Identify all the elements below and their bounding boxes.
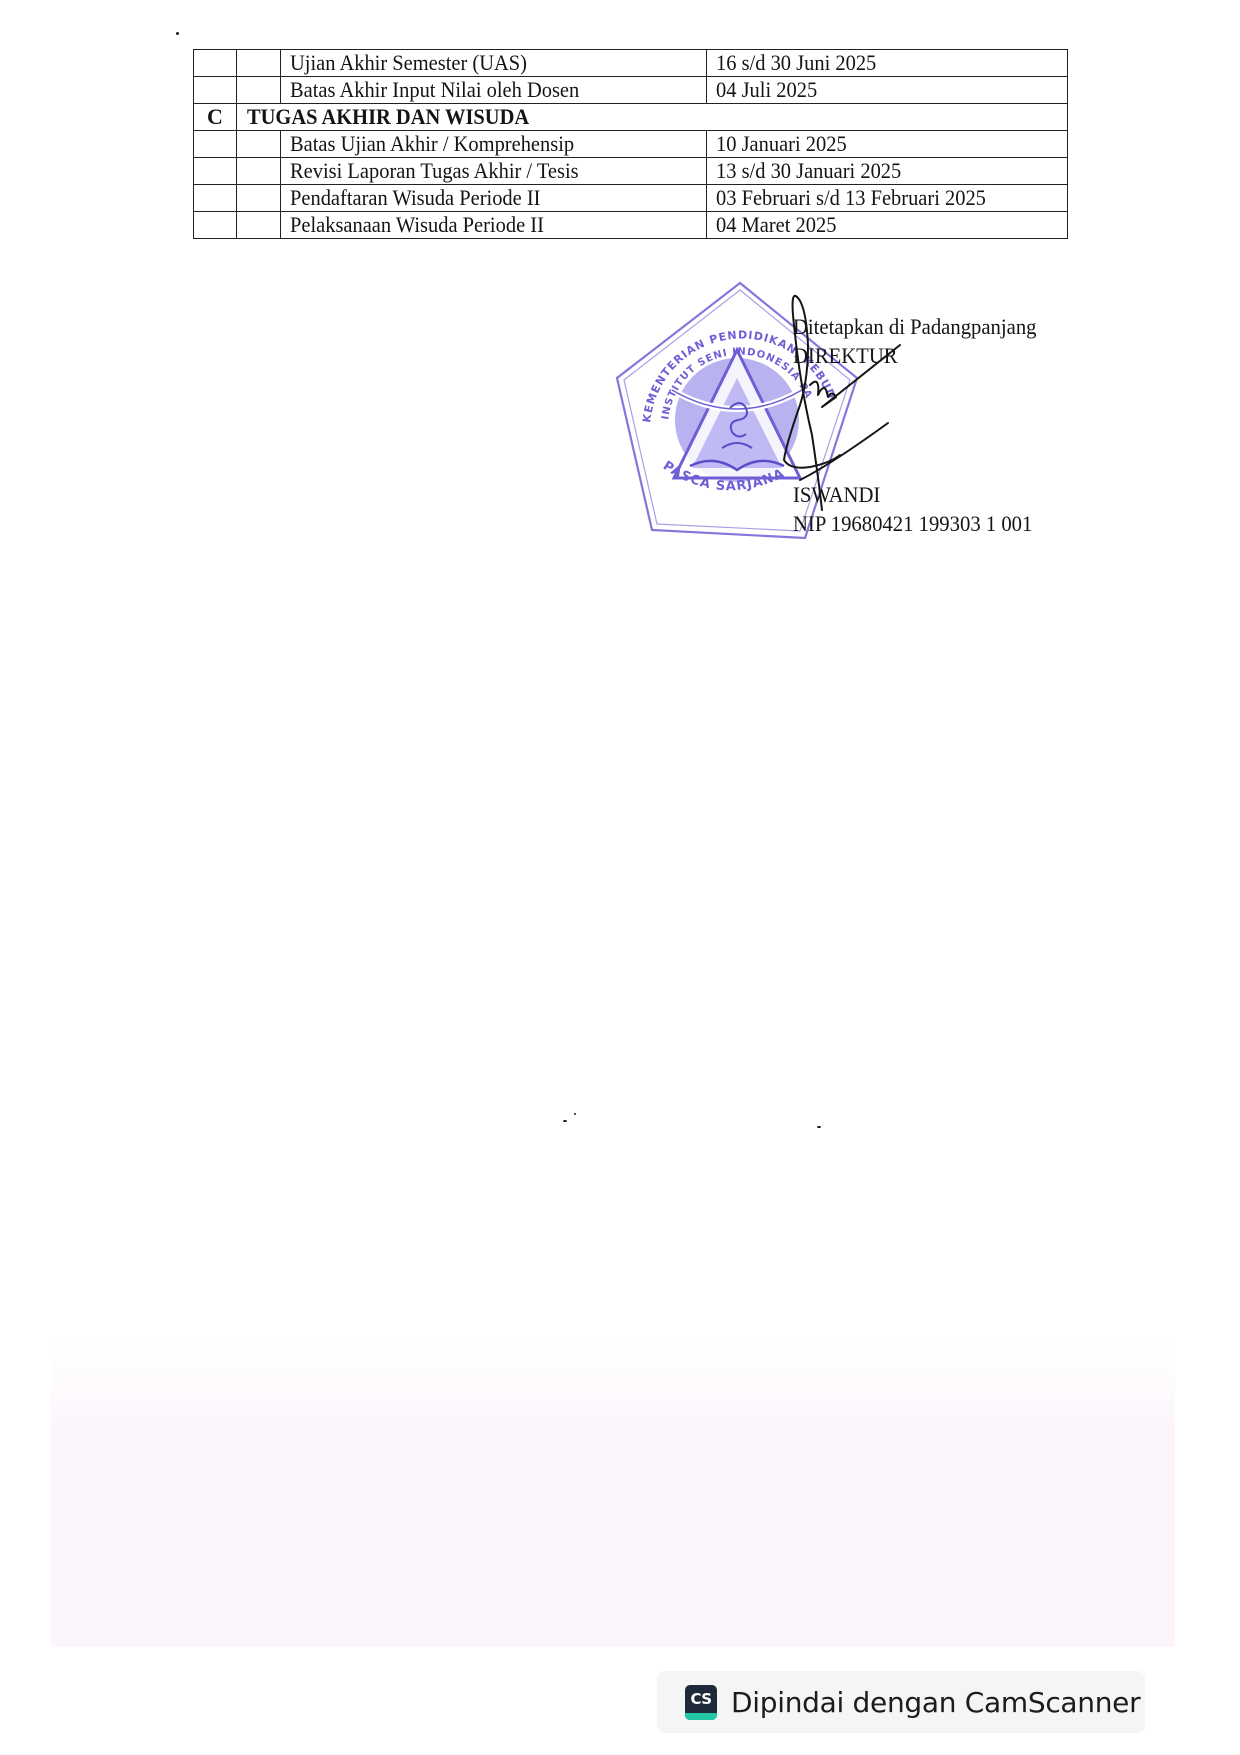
schedule-row: Pelaksanaan Wisuda Periode II04 Maret 20… bbox=[194, 212, 1068, 239]
schedule-row: Pendaftaran Wisuda Periode II03 Februari… bbox=[194, 185, 1068, 212]
row-number-cell bbox=[194, 158, 237, 185]
activity-cell: Batas Ujian Akhir / Komprehensip bbox=[281, 131, 707, 158]
row-number-cell bbox=[194, 212, 237, 239]
camscanner-watermark: CS Dipindai dengan CamScanner bbox=[657, 1671, 1145, 1733]
row-number-cell bbox=[194, 185, 237, 212]
section-row: CTUGAS AKHIR DAN WISUDA bbox=[194, 104, 1068, 131]
handwritten-signature bbox=[770, 285, 920, 515]
scan-tint bbox=[51, 1340, 1175, 1647]
activity-cell: Ujian Akhir Semester (UAS) bbox=[281, 50, 707, 77]
date-cell: 04 Juli 2025 bbox=[707, 77, 1068, 104]
camscanner-logo-icon: CS bbox=[685, 1685, 717, 1720]
scan-speck bbox=[817, 1126, 821, 1128]
date-cell: 16 s/d 30 Juni 2025 bbox=[707, 50, 1068, 77]
row-sub-cell bbox=[237, 131, 281, 158]
date-cell: 03 Februari s/d 13 Februari 2025 bbox=[707, 185, 1068, 212]
schedule-row: Batas Ujian Akhir / Komprehensip10 Janua… bbox=[194, 131, 1068, 158]
row-number-cell bbox=[194, 131, 237, 158]
row-number-cell bbox=[194, 77, 237, 104]
watermark-text: Dipindai dengan CamScanner bbox=[731, 1686, 1140, 1719]
date-cell: 10 Januari 2025 bbox=[707, 131, 1068, 158]
scan-speck bbox=[176, 32, 179, 35]
section-number: C bbox=[194, 104, 237, 131]
schedule-row: Revisi Laporan Tugas Akhir / Tesis13 s/d… bbox=[194, 158, 1068, 185]
activity-cell: Batas Akhir Input Nilai oleh Dosen bbox=[281, 77, 707, 104]
schedule-row: Ujian Akhir Semester (UAS)16 s/d 30 Juni… bbox=[194, 50, 1068, 77]
row-sub-cell bbox=[237, 212, 281, 239]
activity-cell: Revisi Laporan Tugas Akhir / Tesis bbox=[281, 158, 707, 185]
academic-schedule-table: Ujian Akhir Semester (UAS)16 s/d 30 Juni… bbox=[193, 49, 1068, 239]
row-sub-cell bbox=[237, 77, 281, 104]
date-cell: 04 Maret 2025 bbox=[707, 212, 1068, 239]
row-sub-cell bbox=[237, 185, 281, 212]
row-sub-cell bbox=[237, 158, 281, 185]
activity-cell: Pendaftaran Wisuda Periode II bbox=[281, 185, 707, 212]
scan-speck bbox=[563, 1120, 567, 1122]
scan-speck bbox=[574, 1113, 576, 1115]
row-sub-cell bbox=[237, 50, 281, 77]
schedule-row: Batas Akhir Input Nilai oleh Dosen04 Jul… bbox=[194, 77, 1068, 104]
section-title: TUGAS AKHIR DAN WISUDA bbox=[237, 104, 1068, 131]
activity-cell: Pelaksanaan Wisuda Periode II bbox=[281, 212, 707, 239]
row-number-cell bbox=[194, 50, 237, 77]
date-cell: 13 s/d 30 Januari 2025 bbox=[707, 158, 1068, 185]
